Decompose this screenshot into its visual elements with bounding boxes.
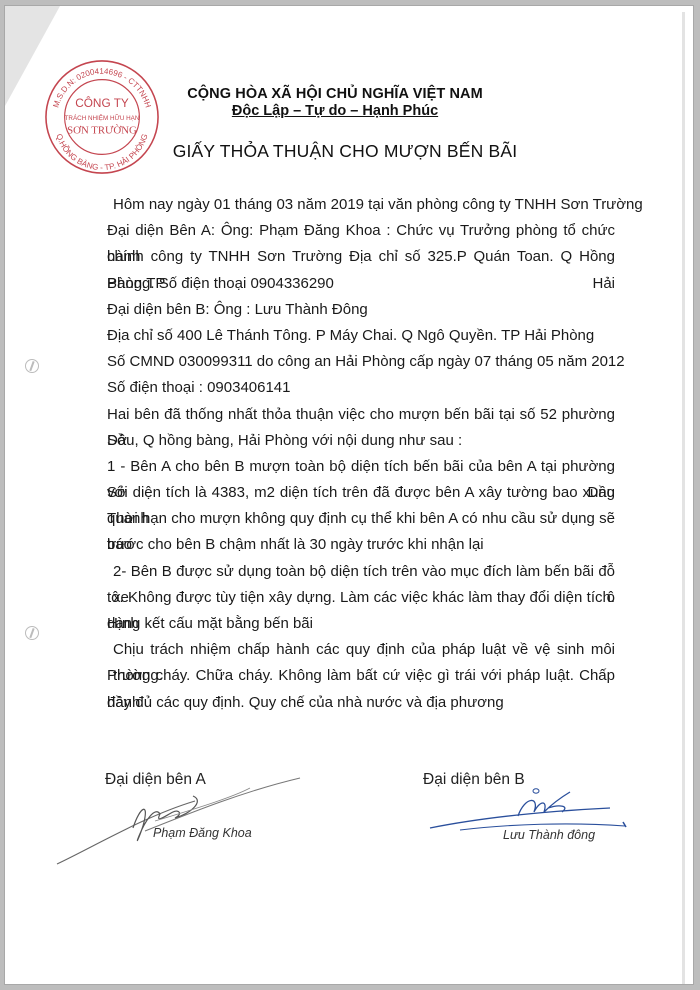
- body-line: Hôm nay ngày 01 tháng 03 năm 2019 tại vă…: [107, 192, 615, 218]
- body-line: 1 - Bên A cho bên B mượn toàn bộ diện tí…: [107, 454, 615, 480]
- body-line: trước cho bên B chậm nhất là 30 ngày trư…: [107, 532, 615, 558]
- body-line: với diện tích là 4383, m2 diện tích trên…: [107, 480, 615, 506]
- punch-hole-icon: [25, 626, 39, 640]
- party-a-printed-name: Phạm Đăng Khoa: [153, 826, 252, 840]
- body-line: Chịu trách nhiệm chấp hành các quy định …: [107, 637, 615, 663]
- svg-text:Q.HỒNG BÀNG - TP. HẢI PHÒNG: Q.HỒNG BÀNG - TP. HẢI PHÒNG: [54, 133, 149, 172]
- document-title: GIẤY THỎA THUẬN CHO MƯỢN BẾN BÃI: [155, 141, 535, 162]
- body-line: tô. Không được tùy tiện xây dựng. Làm cá…: [107, 585, 615, 611]
- body-line: Thời hạn cho mượn không quy định cụ thể …: [107, 506, 615, 532]
- body-line: 2- Bên B được sử dụng toàn bộ diện tích …: [107, 559, 615, 585]
- body-line: Dầu, Q hồng bàng, Hải Phòng với nội dung…: [107, 428, 615, 454]
- page-edge-shadow: [682, 12, 685, 984]
- body-line: dạng kết cấu mặt bằng bến bãi: [107, 611, 615, 637]
- document-page: M.S.D.N: 0200414696 - CTTNHH Q.HỒNG BÀNG…: [4, 5, 694, 985]
- body-line: Địa chỉ số 400 Lê Thánh Tông. P Máy Chai…: [107, 323, 615, 349]
- motto-heading: Độc Lập – Tự do – Hạnh Phúc: [185, 103, 485, 119]
- company-stamp-icon: M.S.D.N: 0200414696 - CTTNHH Q.HỒNG BÀNG…: [43, 58, 161, 176]
- body-line: Số CMND 030099311 do công an Hải Phòng c…: [107, 349, 615, 375]
- punch-hole-icon: [25, 359, 39, 373]
- body-line: Đại diện bên B: Ông : Lưu Thành Đông: [107, 297, 615, 323]
- nation-heading: CỘNG HÒA XÃ HỘI CHỦ NGHĨA VIỆT NAM: [185, 86, 485, 102]
- svg-text:TRÁCH NHIỆM HỮU HẠN: TRÁCH NHIỆM HỮU HẠN: [65, 113, 140, 122]
- body-line: Phòng cháy. Chữa cháy. Không làm bất cứ …: [107, 663, 615, 689]
- body-line: Đại diện Bên A: Ông: Phạm Đăng Khoa : Ch…: [107, 218, 615, 244]
- svg-text:CÔNG TY: CÔNG TY: [75, 96, 129, 110]
- body-line: Hai bên đã thống nhất thỏa thuận việc ch…: [107, 402, 615, 428]
- body-line: chính công ty TNHH Sơn Trường Địa chỉ số…: [107, 244, 615, 270]
- body-line: Số điện thoại : 0903406141: [107, 375, 615, 401]
- party-a-signature-icon: [55, 776, 315, 866]
- svg-text:SƠN TRƯỜNG: SƠN TRƯỜNG: [67, 125, 137, 137]
- party-b-printed-name: Lưu Thành đông: [503, 828, 595, 842]
- document-header: CỘNG HÒA XÃ HỘI CHỦ NGHĨA VIỆT NAM Độc L…: [185, 86, 485, 119]
- body-line: đầy đủ các quy định. Quy chế của nhà nướ…: [107, 690, 615, 716]
- agreement-body: Hôm nay ngày 01 tháng 03 năm 2019 tại vă…: [107, 192, 615, 716]
